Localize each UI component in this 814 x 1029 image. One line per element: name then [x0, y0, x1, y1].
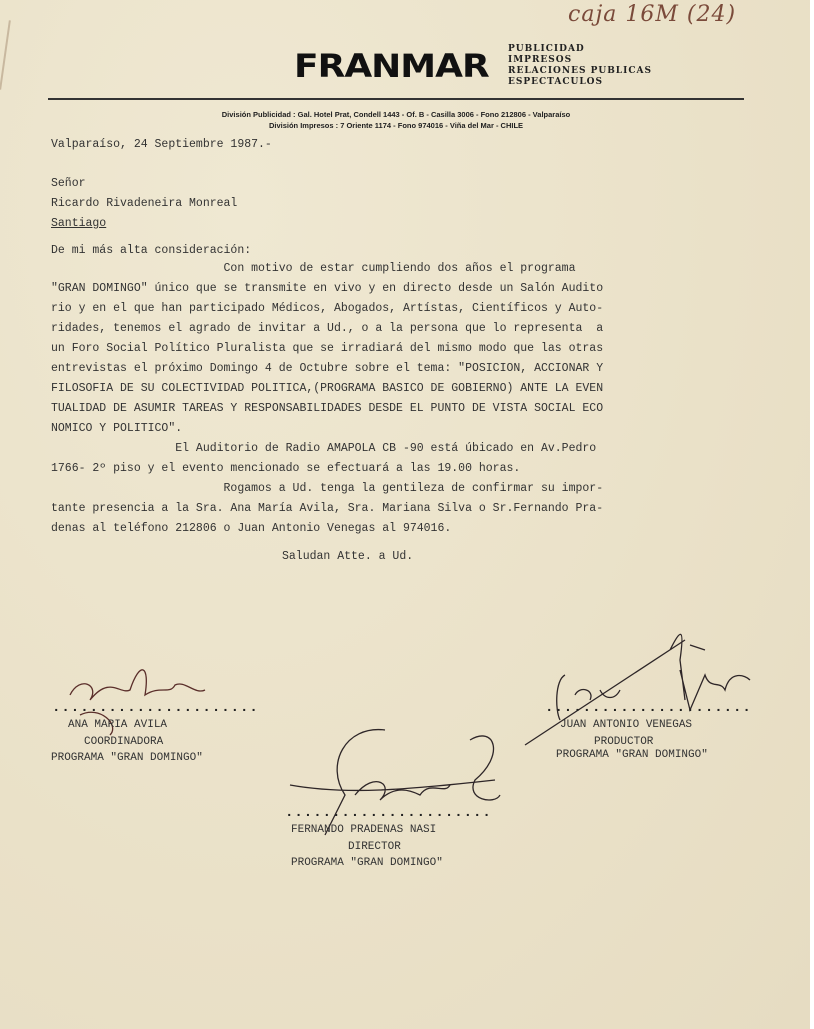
signer-title-right: PRODUCTOR — [594, 736, 653, 748]
greeting: De mi más alta consideración: — [51, 244, 251, 257]
body-line: El Auditorio de Radio AMAPOLA CB -90 est… — [51, 442, 596, 455]
address-publicidad: División Publicidad : Gal. Hotel Prat, C… — [48, 110, 744, 119]
signer-name-center: FERNANDO PRADENAS NASI — [291, 824, 436, 836]
body-line: ridades, tenemos el agrado de invitar a … — [51, 322, 603, 335]
handwritten-archive-note: caja 16M (24) — [568, 2, 736, 27]
body-line: denas al teléfono 212806 o Juan Antonio … — [51, 522, 451, 535]
signer-title-left: COORDINADORA — [84, 736, 163, 748]
signature-line-center: ...................... — [285, 805, 492, 821]
body-line: FILOSOFIA DE SU COLECTIVIDAD POLITICA,(P… — [51, 382, 603, 395]
signer-name-left: ANA MARIA AVILA — [68, 719, 167, 731]
body-line: rio y en el que han participado Médicos,… — [51, 302, 603, 315]
body-line: TUALIDAD DE ASUMIR TAREAS Y RESPONSABILI… — [51, 402, 603, 415]
body-line: tante presencia a la Sra. Ana María Avil… — [51, 502, 603, 515]
letterhead-services: PUBLICIDAD IMPRESOS RELACIONES PUBLICAS … — [508, 44, 652, 88]
letterhead-divider — [48, 98, 744, 100]
signer-name-right: JUAN ANTONIO VENEGAS — [560, 719, 692, 731]
body-line: Con motivo de estar cumpliendo dos años … — [51, 262, 576, 275]
signer-program-center: PROGRAMA "GRAN DOMINGO" — [291, 857, 443, 869]
body-line: Rogamos a Ud. tenga la gentileza de conf… — [51, 482, 603, 495]
recipient-salutation: Señor — [51, 177, 86, 190]
franmar-logo: FRANMAR — [294, 48, 489, 85]
closing: Saludan Atte. a Ud. — [282, 550, 413, 563]
signer-title-center: DIRECTOR — [348, 841, 401, 853]
body-line: un Foro Social Político Pluralista que s… — [51, 342, 603, 355]
recipient-city: Santiago — [51, 217, 106, 230]
letter-date: Valparaíso, 24 Septiembre 1987.- — [51, 138, 272, 151]
service-item: ESPECTACULOS — [508, 77, 652, 88]
signature-line-left: ...................... — [52, 700, 259, 716]
body-line: entrevistas el próximo Domingo 4 de Octu… — [51, 362, 603, 375]
paper-fold-mark — [0, 20, 11, 90]
service-item: RELACIONES PUBLICAS — [508, 66, 652, 77]
body-line: "GRAN DOMINGO" único que se transmite en… — [51, 282, 603, 295]
recipient-name: Ricardo Rivadeneira Monreal — [51, 197, 237, 210]
signer-program-right: PROGRAMA "GRAN DOMINGO" — [556, 749, 708, 761]
letter-page: caja 16M (24) FRANMAR PUBLICIDAD IMPRESO… — [0, 0, 810, 1029]
signer-program-left: PROGRAMA "GRAN DOMINGO" — [51, 752, 203, 764]
signature-line-right: ...................... — [545, 700, 752, 716]
address-impresos: División Impresos : 7 Oriente 1174 - Fon… — [48, 121, 744, 130]
body-line: 1766- 2º piso y el evento mencionado se … — [51, 462, 520, 475]
service-item: PUBLICIDAD — [508, 44, 652, 55]
body-line: NOMICO Y POLITICO". — [51, 422, 182, 435]
service-item: IMPRESOS — [508, 55, 652, 66]
